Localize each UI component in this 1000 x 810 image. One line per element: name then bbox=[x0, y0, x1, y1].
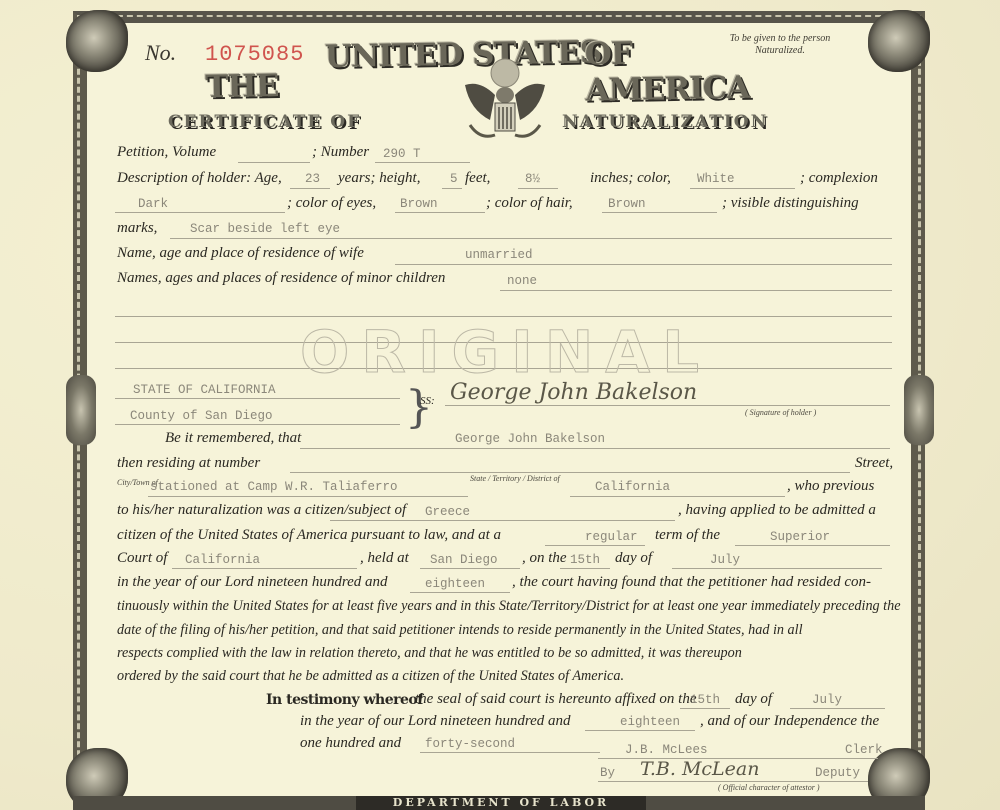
original-watermark: ORIGINAL bbox=[300, 318, 711, 386]
give-to-person-note: To be given to the person Naturalized. bbox=[700, 33, 860, 57]
year-line bbox=[410, 592, 510, 593]
court-place-line bbox=[172, 568, 357, 569]
children-line bbox=[500, 290, 892, 291]
give-note-line-2: Naturalized. bbox=[700, 45, 860, 57]
hair-label: ; color of hair, bbox=[486, 195, 573, 212]
distinguishing-label: ; visible distinguishing bbox=[722, 195, 859, 212]
description-label: Description of holder: Age, bbox=[117, 170, 282, 187]
day-line bbox=[560, 568, 610, 569]
color-value: White bbox=[697, 172, 735, 186]
age-value: 23 bbox=[305, 172, 320, 186]
deputy-signature: T.B. McLean bbox=[640, 758, 759, 780]
clerk-name: J.B. McLees bbox=[625, 743, 708, 757]
testimony-year-label: in the year of our Lord nineteen hundred… bbox=[300, 713, 571, 730]
petition-number-value: 290 T bbox=[383, 147, 421, 161]
day-of-label: day of bbox=[615, 550, 652, 567]
testimony-year-line bbox=[585, 730, 695, 731]
court-label: Court of bbox=[117, 550, 167, 567]
prior-country-line bbox=[330, 520, 675, 521]
one-hundred-label: one hundred and bbox=[300, 735, 401, 752]
on-the-label: , on the bbox=[522, 550, 567, 567]
testimony-day-of-label: day of bbox=[735, 691, 772, 708]
petition-number-line bbox=[375, 162, 470, 163]
held-at-label: , held at bbox=[360, 550, 409, 567]
previous-label: , who previous bbox=[787, 478, 874, 495]
month-value: July bbox=[710, 553, 740, 567]
independence-label: , and of our Independence the bbox=[700, 713, 879, 730]
wife-line bbox=[395, 264, 892, 265]
remembered-label: Be it remembered, that bbox=[165, 430, 301, 447]
court-place-value: California bbox=[185, 553, 260, 567]
county-venue-line bbox=[115, 424, 400, 425]
state-territory-label: State / Territory / District of bbox=[470, 474, 560, 483]
marks-value: Scar beside left eye bbox=[190, 222, 340, 236]
give-note-line-1: To be given to the person bbox=[700, 33, 860, 45]
corner-ornament-top-left bbox=[66, 10, 128, 72]
height-inches-value: 8½ bbox=[525, 172, 540, 186]
holder-name: George John Bakelson bbox=[455, 432, 605, 446]
eagle-seal-icon bbox=[460, 55, 550, 155]
residing-line bbox=[290, 472, 850, 473]
height-inches-line bbox=[518, 188, 558, 189]
state-venue: STATE OF CALIFORNIA bbox=[133, 383, 276, 397]
eyes-line bbox=[395, 212, 485, 213]
holder-name-line bbox=[300, 448, 890, 449]
term-label: term of the bbox=[655, 527, 720, 544]
testimony-year-value: eighteen bbox=[620, 715, 680, 729]
residence-line bbox=[148, 496, 468, 497]
clerk-title: Clerk bbox=[845, 743, 883, 757]
prior-country-value: Greece bbox=[425, 505, 470, 519]
signature-caption: ( Signature of holder ) bbox=[745, 408, 816, 417]
state-venue-line bbox=[115, 398, 400, 399]
term-type-line bbox=[545, 545, 645, 546]
height-feet-line bbox=[442, 188, 462, 189]
held-at-line bbox=[420, 568, 520, 569]
day-value: 15th bbox=[570, 553, 600, 567]
wife-label: Name, age and place of residence of wife bbox=[117, 245, 364, 262]
testimony-label: In testimony whereof bbox=[266, 692, 423, 708]
state-line bbox=[570, 496, 785, 497]
continuous-residence-text: tinuously within the United States for a… bbox=[117, 598, 901, 615]
ordered-text: ordered by the said court that he be adm… bbox=[117, 668, 624, 685]
hair-value: Brown bbox=[608, 197, 646, 211]
state-value: California bbox=[595, 480, 670, 494]
street-label: Street, bbox=[855, 455, 893, 472]
signature-line bbox=[445, 405, 890, 406]
marks-label: marks, bbox=[117, 220, 157, 237]
wife-value: unmarried bbox=[465, 248, 533, 262]
complexion-line bbox=[115, 212, 285, 213]
petition-volume-label: Petition, Volume bbox=[117, 144, 216, 161]
height-feet-value: 5 bbox=[450, 172, 458, 186]
court-type-value: Superior bbox=[770, 530, 830, 544]
venue-brace: } bbox=[405, 388, 433, 428]
complied-text: respects complied with the law in relati… bbox=[117, 645, 742, 662]
marks-line bbox=[170, 238, 892, 239]
complexion-value: Dark bbox=[138, 197, 168, 211]
year-label: in the year of our Lord nineteen hundred… bbox=[117, 574, 388, 591]
eyes-label: ; color of eyes, bbox=[287, 195, 376, 212]
independence-year-value: forty-second bbox=[425, 737, 515, 751]
applied-label: , having applied to be admitted a bbox=[678, 502, 876, 519]
subtitle-certificate-of: CERTIFICATE OF bbox=[168, 112, 361, 132]
subtitle-naturalization: NATURALIZATION bbox=[562, 112, 768, 132]
seal-text: the seal of said court is hereunto affix… bbox=[415, 691, 696, 708]
ss-label: SS: bbox=[420, 395, 435, 407]
court-found-text: , the court having found that the petiti… bbox=[512, 574, 871, 591]
hair-line bbox=[602, 212, 717, 213]
held-at-value: San Diego bbox=[430, 553, 498, 567]
testimony-month-line bbox=[790, 708, 885, 709]
petition-volume-line bbox=[238, 162, 310, 163]
county-venue: County of San Diego bbox=[130, 409, 273, 423]
side-ornament-right bbox=[904, 375, 934, 445]
eyes-value: Brown bbox=[400, 197, 438, 211]
blank-line-1 bbox=[115, 316, 892, 317]
independence-year-line bbox=[420, 752, 600, 753]
residence-value: stationed at Camp W.R. Taliaferro bbox=[150, 480, 398, 494]
filing-text: date of the filing of his/her petition, … bbox=[117, 622, 803, 639]
color-line bbox=[690, 188, 795, 189]
testimony-month-value: July bbox=[812, 693, 842, 707]
petition-number-label: ; Number bbox=[312, 144, 369, 161]
children-value: none bbox=[507, 274, 537, 288]
children-label: Names, ages and places of residence of m… bbox=[117, 270, 445, 287]
citizen-label: citizen of the United States of America … bbox=[117, 527, 501, 544]
residing-label: then residing at number bbox=[117, 455, 260, 472]
court-type-line bbox=[735, 545, 890, 546]
title-the: THE bbox=[205, 68, 279, 105]
years-label: years; height, bbox=[338, 170, 420, 187]
testimony-day-line bbox=[680, 708, 730, 709]
side-ornament-left bbox=[66, 375, 96, 445]
year-value: eighteen bbox=[425, 577, 485, 591]
corner-ornament-top-right bbox=[868, 10, 930, 72]
prior-nationality-label: to his/her naturalization was a citizen/… bbox=[117, 502, 406, 519]
inches-color-label: inches; color, bbox=[590, 170, 671, 187]
term-type-value: regular bbox=[585, 530, 638, 544]
number-label: No. bbox=[145, 40, 176, 66]
official-caption: ( Official character of attestor ) bbox=[718, 783, 820, 792]
age-line bbox=[290, 188, 330, 189]
complexion-label: ; complexion bbox=[800, 170, 878, 187]
deputy-title: Deputy bbox=[815, 766, 860, 780]
deputy-line bbox=[598, 781, 868, 782]
month-line bbox=[672, 568, 882, 569]
holder-signature: George John Bakelson bbox=[450, 380, 697, 405]
feet-label: feet, bbox=[465, 170, 490, 187]
testimony-day-value: 15th bbox=[690, 693, 720, 707]
department-banner: DEPARTMENT OF LABOR bbox=[356, 796, 646, 810]
by-label: By bbox=[600, 766, 615, 780]
